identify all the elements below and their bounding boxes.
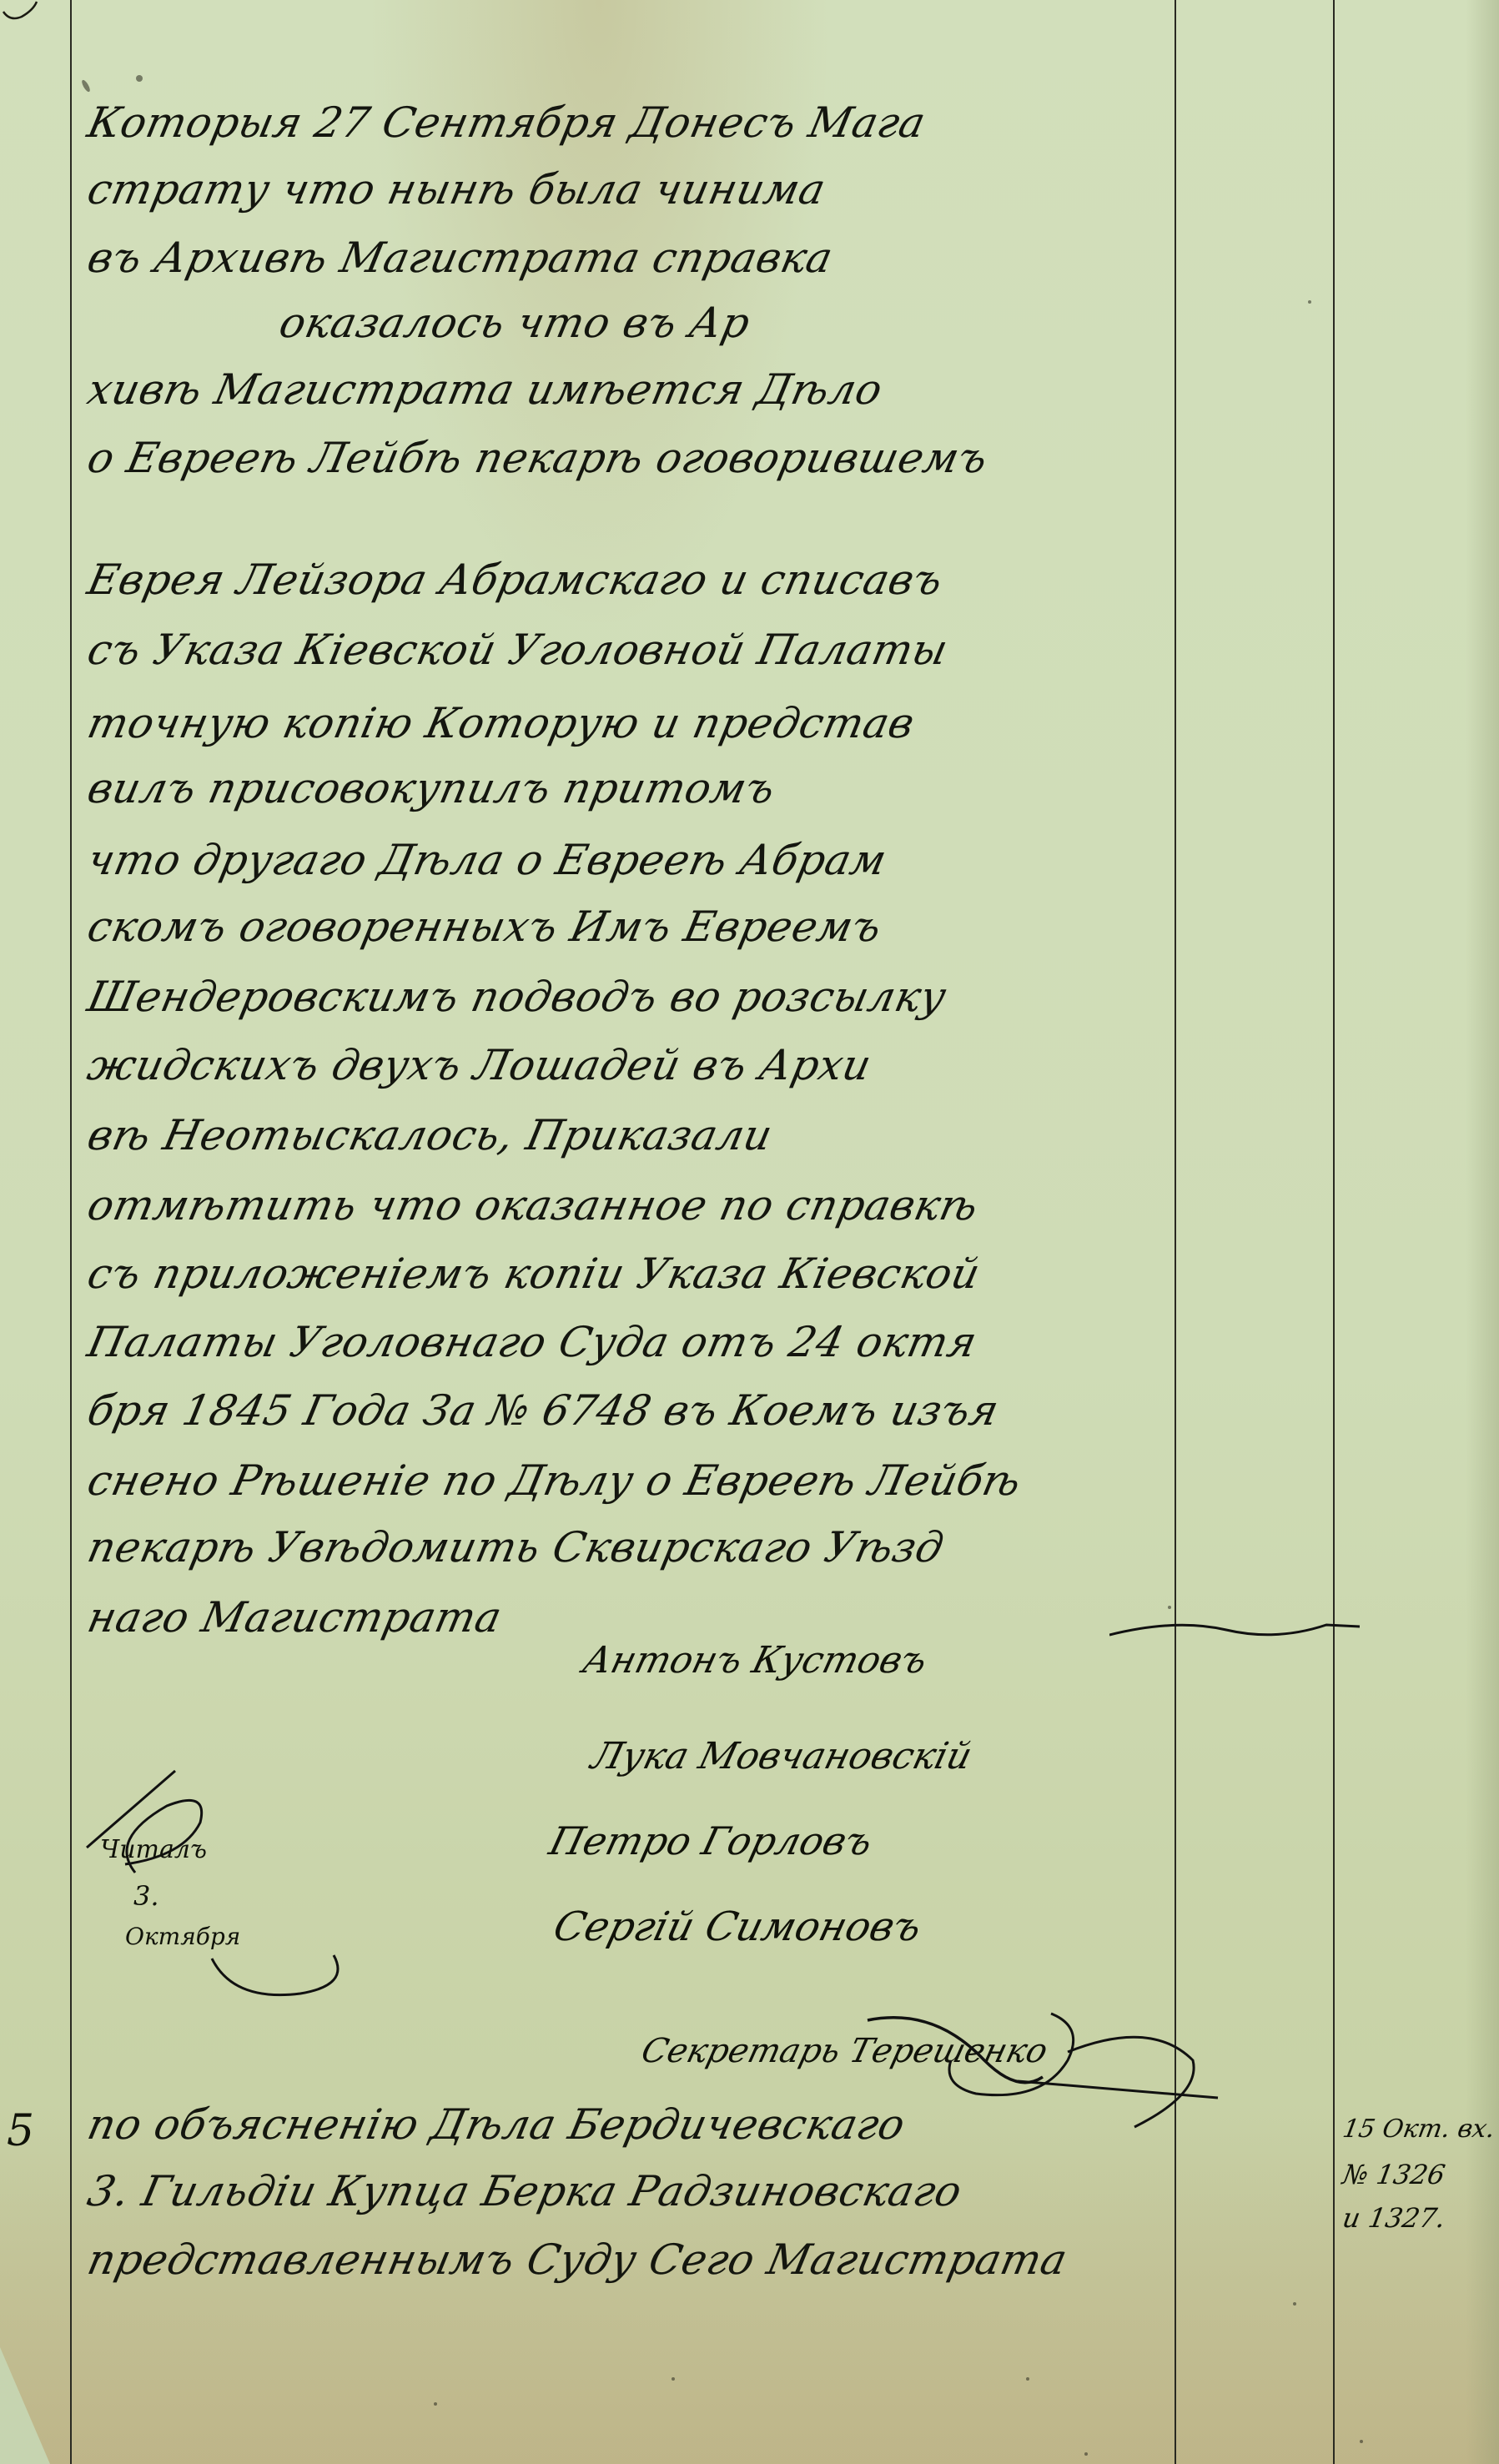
paper-speck xyxy=(434,2402,437,2406)
text-line: скомъ оговоренныхъ Имъ Евреемъ xyxy=(83,903,1178,951)
text-line: вилъ присовокупилъ притомъ xyxy=(83,764,1178,812)
paper-corner-fold xyxy=(0,2347,50,2464)
entry-text-line: представленнымъ Суду Сего Магистрата xyxy=(83,2235,1178,2284)
text-line: въ Архивѣ Магистрата справка xyxy=(83,234,1178,282)
paper-speck xyxy=(1026,2377,1029,2381)
right-note-line: 15 Окт. вх. xyxy=(1341,2115,1497,2144)
left-margin-rule xyxy=(70,0,72,2464)
ink-blot xyxy=(80,79,91,93)
text-line: хивѣ Магистрата имѣется Дѣло xyxy=(83,365,1178,414)
text-line: точную копію Которую и представ xyxy=(83,699,1178,747)
text-line: о Еврееѣ Лейбѣ пекарѣ оговорившемъ xyxy=(83,434,1178,482)
margin-note-line: 3. xyxy=(133,1880,159,1912)
corner-mark-icon xyxy=(0,0,67,33)
right-note-line: и 1327. xyxy=(1341,2202,1448,2234)
text-line: страту что нынѣ была чинима xyxy=(83,165,1178,214)
signature: Петро Горловъ xyxy=(545,1818,877,1863)
text-line: наго Магистрата xyxy=(83,1593,1178,1642)
entry-text-line: 3. Гильдіи Купца Берка Радзиновскаго xyxy=(83,2167,1178,2215)
right-margin-rule xyxy=(1333,0,1335,2464)
paper-stain xyxy=(0,2114,1499,2464)
right-note-line: № 1326 xyxy=(1341,2159,1448,2190)
signature-flourish-icon xyxy=(1109,1602,1360,1652)
text-line: отмѣтить что оказанное по справкѣ xyxy=(83,1181,1178,1229)
text-line: Еврея Лейзора Абрамскаго и списавъ xyxy=(83,556,1178,604)
text-line: Палаты Уголовнаго Суда отъ 24 октя xyxy=(83,1318,1178,1366)
text-line: что другаго Дѣла о Еврееѣ Абрам xyxy=(83,836,1178,884)
paper-speck xyxy=(1168,1606,1171,1609)
page-edge-shadow xyxy=(1466,0,1499,2464)
text-line: пекарѣ Увѣдомить Сквирскаго Уѣзд xyxy=(83,1523,1178,1571)
margin-note-line: Читалъ xyxy=(100,1835,207,1864)
margin-note-underline-icon xyxy=(209,1952,359,2010)
paper-speck xyxy=(672,2377,675,2381)
margin-note-line: Октября xyxy=(125,1923,240,1950)
text-line: Шендеровскимъ подводъ во розсылку xyxy=(83,973,1178,1021)
text-line: съ приложеніемъ копіи Указа Кіевской xyxy=(83,1250,1178,1298)
paper-speck xyxy=(1084,2452,1088,2456)
text-line: оказалось что въ Ар xyxy=(275,299,1119,347)
text-line: бря 1845 Года За № 6748 въ Коемъ изъя xyxy=(83,1386,1178,1435)
signature: Лука Мовчановскій xyxy=(587,1735,977,1778)
signature: Сергій Симоновъ xyxy=(549,1903,926,1950)
signature: Антонъ Кустовъ xyxy=(579,1639,932,1682)
text-line: снено Рѣшеніе по Дѣлу о Еврееѣ Лейбѣ xyxy=(83,1456,1178,1505)
paper-speck xyxy=(1308,300,1311,304)
document-page: Которыя 27 Сентября Донесъ Мага страту ч… xyxy=(0,0,1499,2464)
entry-text-line: по объясненію Дѣла Бердичевскаго xyxy=(83,2100,1178,2149)
text-line: жидскихъ двухъ Лошадей въ Архи xyxy=(83,1041,1178,1089)
ink-blot xyxy=(136,75,143,82)
paper-speck xyxy=(1293,2302,1296,2306)
text-line: съ Указа Кіевской Уголовной Палаты xyxy=(83,626,1178,674)
paper-speck xyxy=(1360,2440,1363,2443)
text-line: вѣ Неотыскалось, Приказали xyxy=(83,1111,1178,1159)
text-line: Которыя 27 Сентября Донесъ Мага xyxy=(83,98,1178,147)
entry-number: 5 xyxy=(7,2106,34,2156)
